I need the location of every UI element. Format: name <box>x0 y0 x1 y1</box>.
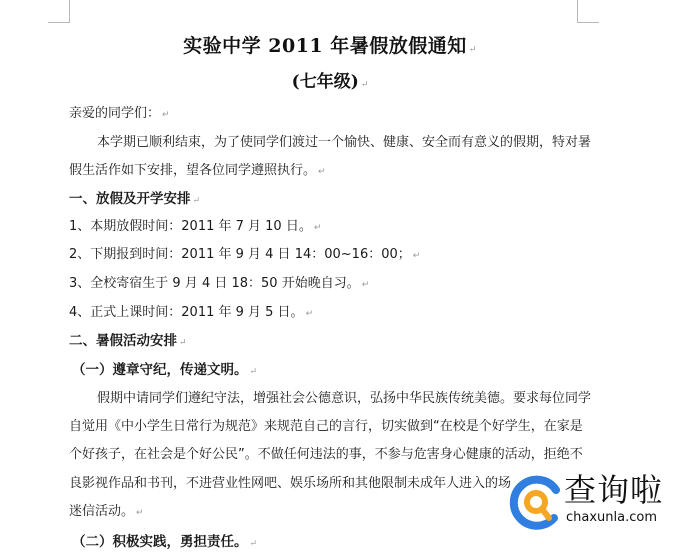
line-text: 迷信活动。 <box>69 504 134 519</box>
line-text: 4、正式上课时间：2011 年 9 月 5 日。 <box>69 305 304 320</box>
body-text-line: 迷信活动。↵ <box>69 504 144 521</box>
watermark-brand-name: 查询啦 <box>564 470 663 510</box>
paragraph-mark-icon: ↵ <box>136 508 144 518</box>
line-text: 假期中请同学们遵纪守法，增强社会公德意识，弘扬中华民族传统美德。要求每位同学 <box>97 391 591 406</box>
line-text: 本学期已顺利结束，为了使同学们渡过一个愉快、健康、安全而有意义的假期，特对暑 <box>97 135 591 150</box>
line-text: （二）积极实践，勇担责任。 <box>72 534 248 550</box>
body-text-line: 良影视作品和书刊，不进营业性网吧、娱乐场所和其他限制未成年人进入的场 <box>69 476 511 492</box>
line-text: 二、暑假活动安排 <box>69 333 177 349</box>
watermark-domain: chaxunla.com <box>566 510 657 526</box>
body-text-line: 个好孩子，在社会是个好公民”。不做任何违法的事，不参与危害身心健康的活动，拒绝不 <box>69 447 583 463</box>
page-corner-mark-left <box>48 0 70 23</box>
document-title-text: 实验中学 2011 年暑假放假通知 <box>183 35 467 57</box>
paragraph-mark-icon: ↵ <box>314 223 322 233</box>
document-subtitle-text: (七年级) <box>292 72 359 92</box>
body-text-line: 亲爱的同学们：↵ <box>69 106 170 123</box>
body-text-line: 假期中请同学们遵纪守法，增强社会公德意识，弘扬中华民族传统美德。要求每位同学 <box>97 391 591 407</box>
body-text-line: 本学期已顺利结束，为了使同学们渡过一个愉快、健康、安全而有意义的假期，特对暑 <box>97 135 591 151</box>
paragraph-mark-icon: ↵ <box>250 539 258 549</box>
body-text-line: 1、本期放假时间：2011 年 7 月 10 日。↵ <box>69 219 321 236</box>
line-text: 3、全校寄宿生于 9 月 4 日 18：50 开始晚自习。 <box>69 276 360 291</box>
magnifier-q-logo-icon <box>508 472 564 532</box>
line-text: 一、放假及开学安排 <box>69 191 191 207</box>
paragraph-mark-icon: ↵ <box>162 110 170 120</box>
paragraph-mark-icon: ↵ <box>250 367 258 377</box>
paragraph-mark-icon: ↵ <box>318 167 326 177</box>
paragraph-mark-icon: ↵ <box>469 45 477 55</box>
body-text-line: 4、正式上课时间：2011 年 9 月 5 日。↵ <box>69 305 313 322</box>
line-text: 亲爱的同学们： <box>69 106 160 121</box>
line-text: （一）遵章守纪，传递文明。 <box>72 362 248 378</box>
body-text-line: 3、全校寄宿生于 9 月 4 日 18：50 开始晚自习。↵ <box>69 276 369 293</box>
section-heading: 一、放假及开学安排↵ <box>69 191 200 209</box>
line-text: 2、下期报到时间：2011 年 9 月 4 日 14：00~16：00； <box>69 247 411 262</box>
line-text: 1、本期放假时间：2011 年 7 月 10 日。 <box>69 219 312 234</box>
paragraph-mark-icon: ↵ <box>179 338 187 348</box>
line-text: 假生活作如下安排，望各位同学遵照执行。 <box>69 163 316 178</box>
body-text-line: 假生活作如下安排，望各位同学遵照执行。↵ <box>69 163 326 180</box>
section-heading: 二、暑假活动安排↵ <box>69 333 187 351</box>
line-text: 良影视作品和书刊，不进营业性网吧、娱乐场所和其他限制未成年人进入的场 <box>69 476 511 491</box>
watermark-logo: 查询啦 chaxunla.com <box>508 470 673 532</box>
paragraph-mark-icon: ↵ <box>362 280 370 290</box>
paragraph-mark-icon: ↵ <box>413 251 421 261</box>
line-text: 自觉用《中小学生日常行为规范》来规范自己的言行，切实做到“在校是个好学生，在家是 <box>69 419 583 434</box>
line-text: 个好孩子，在社会是个好公民”。不做任何违法的事，不参与危害身心健康的活动，拒绝不 <box>69 447 583 462</box>
paragraph-mark-icon: ↵ <box>306 309 314 319</box>
document-subtitle: (七年级)↵ <box>0 67 660 92</box>
section-heading: （一）遵章守纪，传递文明。↵ <box>72 362 257 380</box>
body-text-line: 2、下期报到时间：2011 年 9 月 4 日 14：00~16：00；↵ <box>69 247 420 264</box>
section-heading: （二）积极实践，勇担责任。↵ <box>72 534 257 552</box>
body-text-line: 自觉用《中小学生日常行为规范》来规范自己的言行，切实做到“在校是个好学生，在家是 <box>69 419 583 435</box>
paragraph-mark-icon: ↵ <box>193 196 201 206</box>
document-title: 实验中学 2011 年暑假放假通知↵ <box>0 31 660 58</box>
paragraph-mark-icon: ↵ <box>361 80 369 90</box>
page-corner-mark-right <box>577 0 599 23</box>
